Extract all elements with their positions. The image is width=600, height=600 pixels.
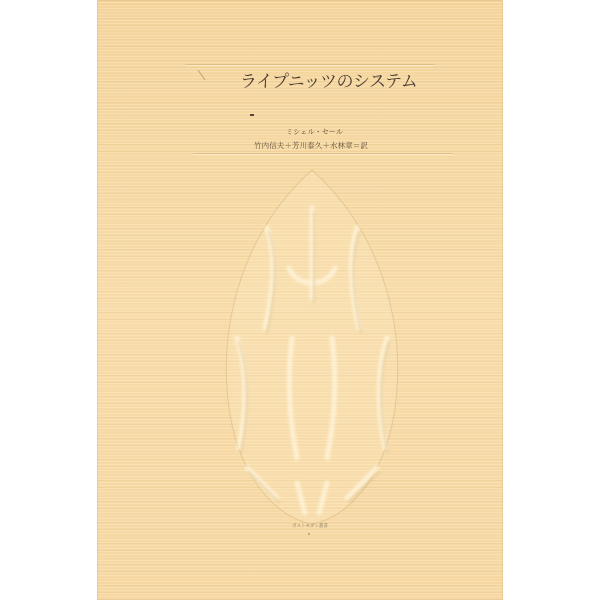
embossed-emblem-icon (177, 168, 447, 528)
slash-mark (198, 70, 206, 80)
series-name: ポストモダン叢書 (292, 523, 328, 529)
book-cover: ライプニッツのシステム ミシェル・セール 竹内信夫＋芳川泰久＋水林章＝訳 (97, 0, 503, 600)
book-title: ライプニッツのシステム (240, 67, 417, 92)
author-name: ミシェル・セール (286, 127, 343, 137)
title-dot (376, 75, 379, 78)
translators-line: 竹内信夫＋芳川泰久＋水林章＝訳 (254, 140, 368, 151)
series-mark (308, 533, 310, 535)
top-rule (185, 64, 435, 65)
tick-mark (250, 114, 254, 116)
bottom-rule (193, 153, 453, 154)
